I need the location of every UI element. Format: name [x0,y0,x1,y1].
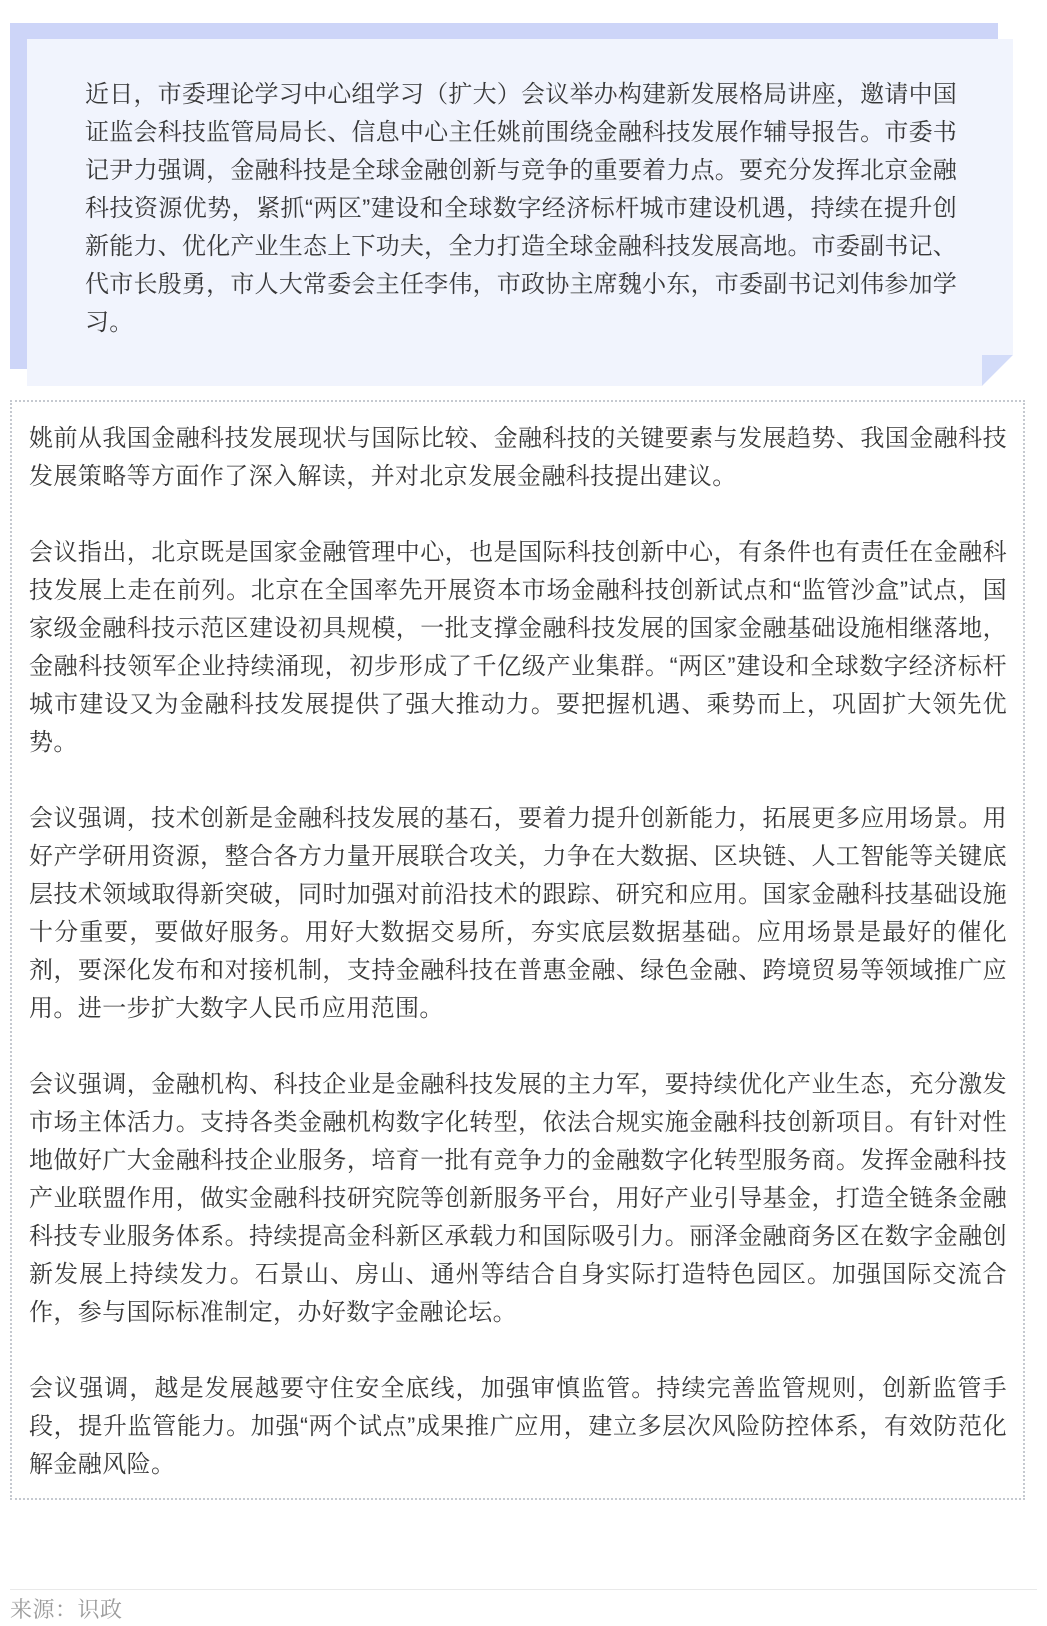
article-paragraph: 会议强调，越是发展越要守住安全底线，加强审慎监管。持续完善监管规则，创新监管手段… [29,1370,1007,1484]
article-paragraph: 会议指出，北京既是国家金融管理中心，也是国际科技创新中心，有条件也有责任在金融科… [29,534,1007,762]
article-page: 近日，市委理论学习中心组学习（扩大）会议举办构建新发展格局讲座，邀请中国证监会科… [0,0,1047,1626]
article-paragraph: 会议强调，金融机构、科技企业是金融科技发展的主力军，要持续优化产业生态，充分激发… [29,1066,1007,1332]
source-label: 来源：识政 [10,1596,1037,1624]
article-paragraph: 姚前从我国金融科技发展现状与国际比较、金融科技的关键要素与发展趋势、我国金融科技… [29,420,1007,496]
quote-card: 近日，市委理论学习中心组学习（扩大）会议举办构建新发展格局讲座，邀请中国证监会科… [10,23,1037,386]
quote-panel: 近日，市委理论学习中心组学习（扩大）会议举办构建新发展格局讲座，邀请中国证监会科… [27,39,1013,386]
quote-text: 近日，市委理论学习中心组学习（扩大）会议举办构建新发展格局讲座，邀请中国证监会科… [85,76,957,342]
footer: 来源：识政 [10,1589,1037,1624]
article-paragraph: 会议强调，技术创新是金融科技发展的基石，要着力提升创新能力，拓展更多应用场景。用… [29,800,1007,1028]
article-body: 姚前从我国金融科技发展现状与国际比较、金融科技的关键要素与发展趋势、我国金融科技… [10,400,1025,1500]
page-fold-decoration [982,355,1013,386]
